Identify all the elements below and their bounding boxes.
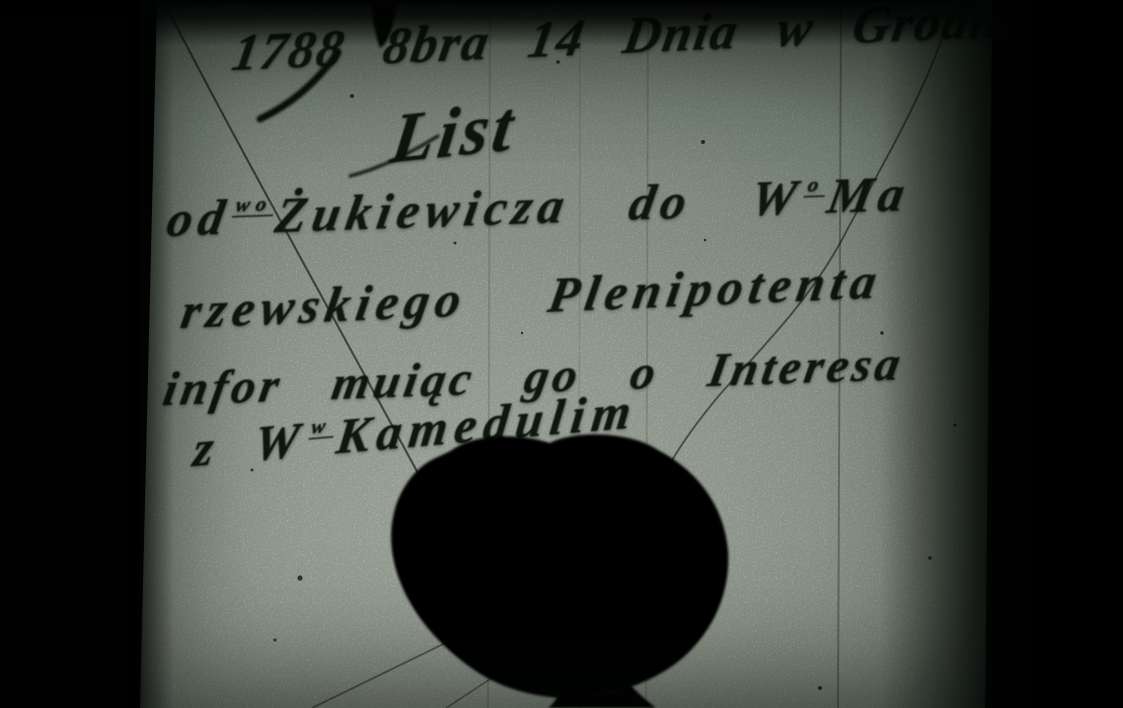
body-line-4-text: z W bbox=[191, 411, 310, 478]
letter-title: List bbox=[386, 86, 522, 181]
body-line-1-text: Ma bbox=[824, 165, 915, 224]
photo-frame: 1788 8bra 14 Dnia w Grodnie List odwoŻuk… bbox=[0, 0, 1123, 708]
body-line-1-text: od bbox=[163, 189, 235, 248]
superscript-abbreviation: wo bbox=[232, 193, 277, 218]
superscript-abbreviation: w bbox=[308, 414, 336, 440]
superscript-abbreviation: o bbox=[804, 174, 829, 198]
